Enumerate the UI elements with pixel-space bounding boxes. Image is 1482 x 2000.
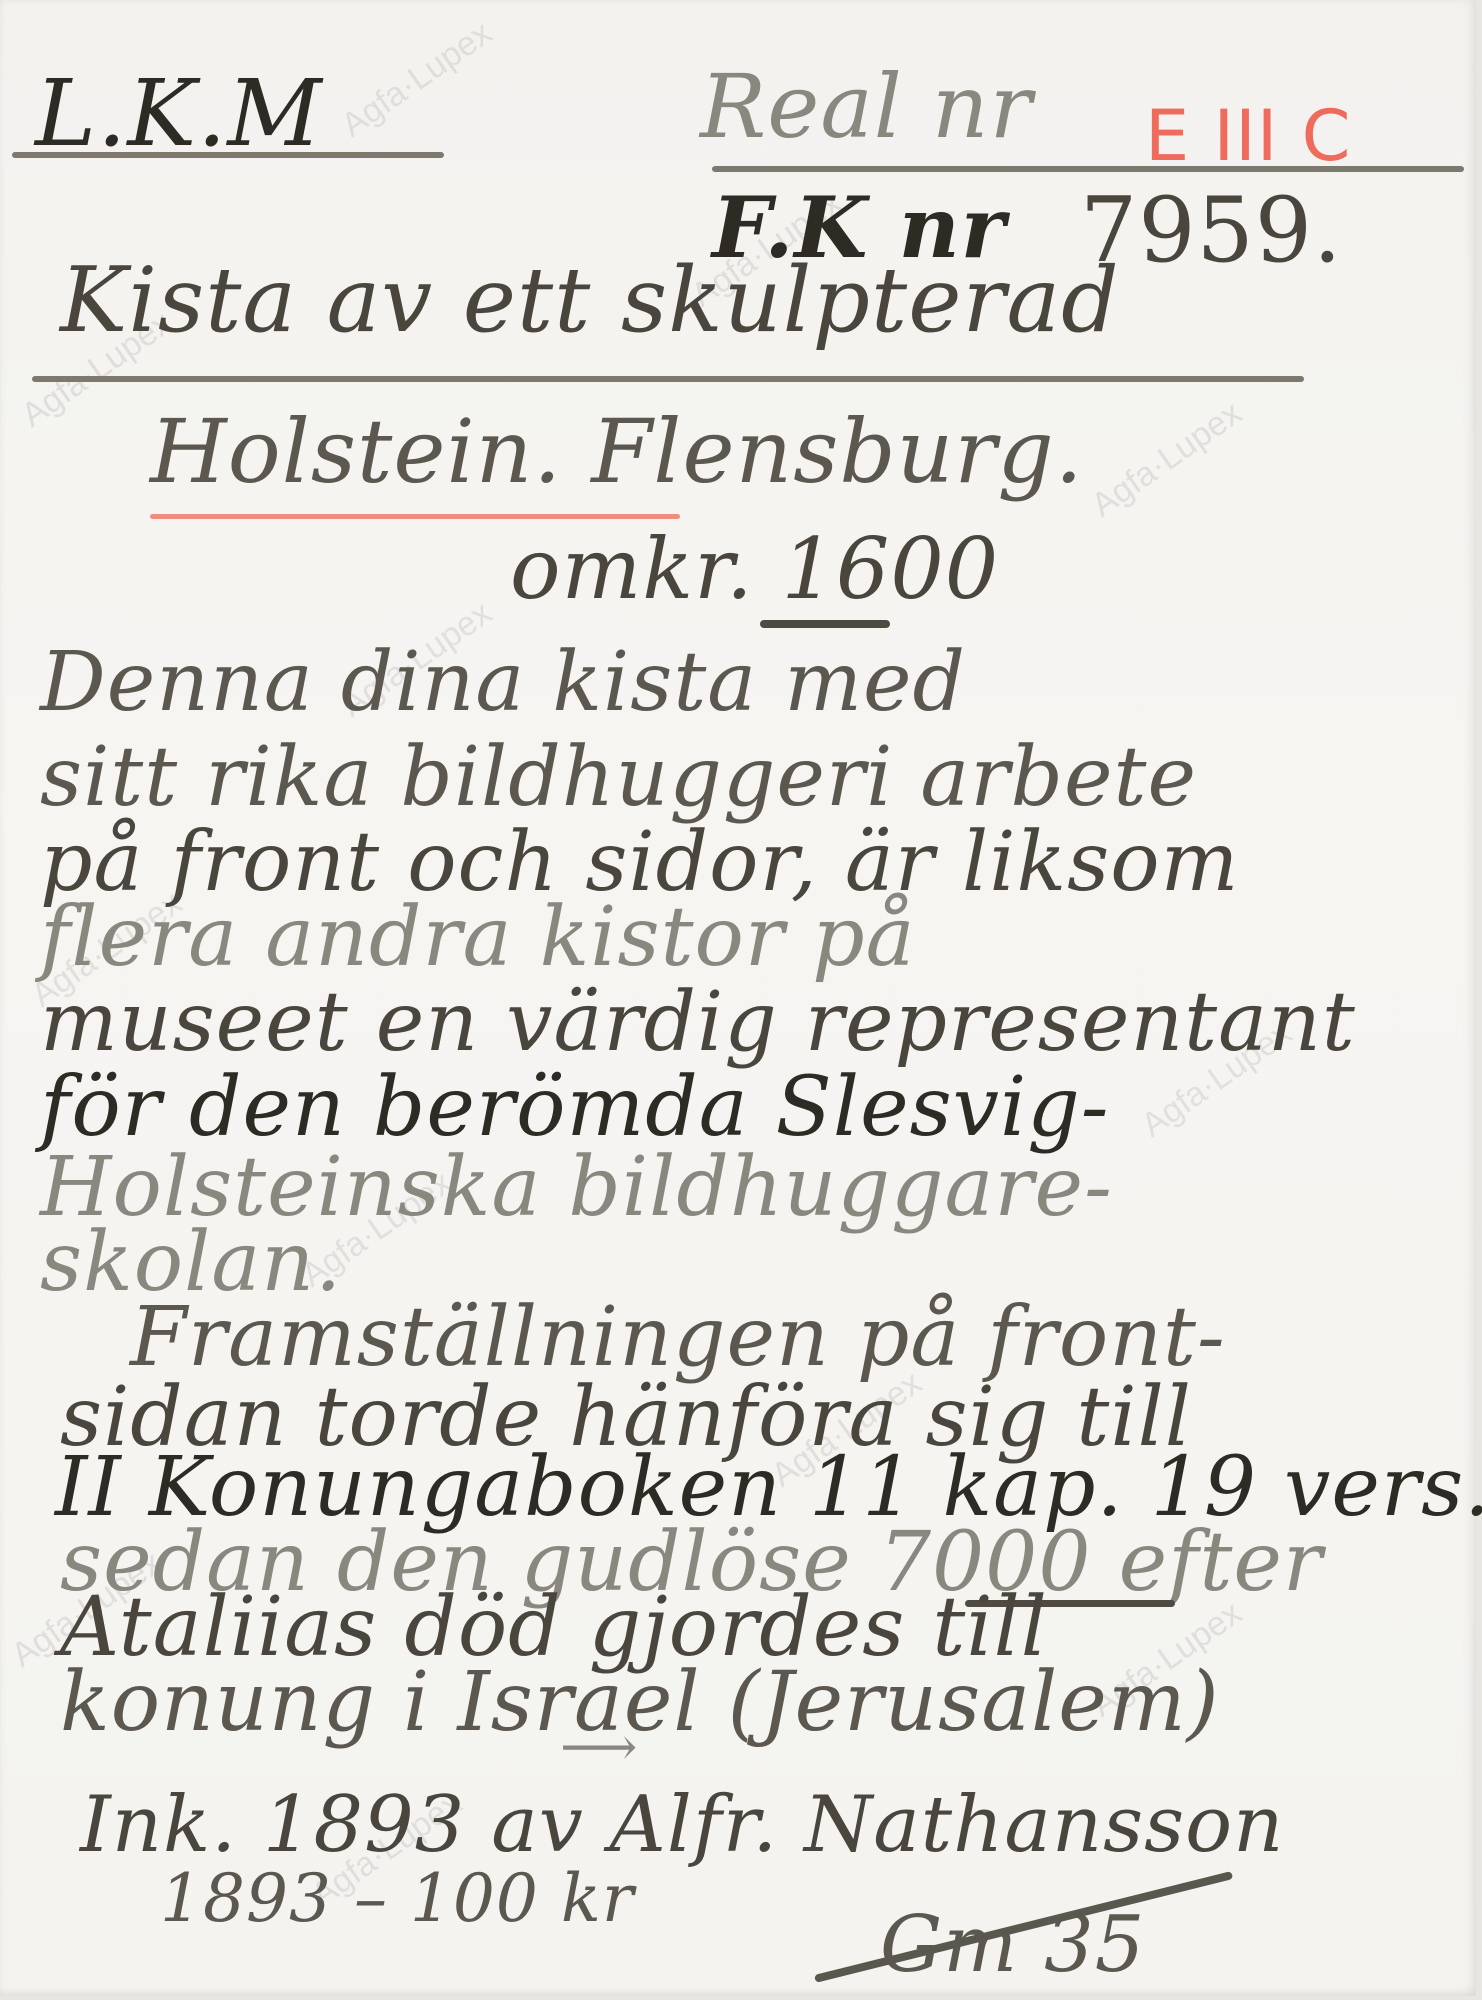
price-note: 1893 – 100 kr	[160, 1860, 634, 1937]
body-line: Denna dina kista med	[40, 635, 966, 730]
body-line: museet en värdig representant	[40, 975, 1356, 1070]
title-line-1: Kista av ett skulpterad	[60, 248, 1120, 353]
catalog-card: Agfa·Lupex Agfa·Lupex Agfa·Lupex Agfa·Lu…	[0, 0, 1476, 1996]
header-rule-right	[712, 166, 1464, 172]
title-line-3: omkr. 1600	[510, 520, 999, 618]
museum-code: L.K.M	[35, 60, 323, 167]
body-line: konung i Israel (Jerusalem)	[60, 1655, 1220, 1750]
body-line: flera andra kistor på	[40, 890, 916, 985]
title-rule	[32, 376, 1304, 382]
header-rule-left	[12, 152, 444, 158]
real-nr-value: E III C	[1145, 95, 1352, 177]
real-nr-label: Real nr	[700, 55, 1033, 158]
title-line-2: Holstein. Flensburg.	[150, 400, 1084, 503]
watermark: Agfa·Lupex	[335, 14, 500, 146]
section-mark: ⟶	[560, 1715, 638, 1778]
date-underline	[760, 620, 890, 628]
body-line: sitt rika bildhuggeri arbete	[40, 730, 1197, 825]
acquisition-note: Ink. 1893 av Alfr. Nathansson	[80, 1780, 1284, 1870]
signature: Gm 35	[880, 1900, 1145, 1990]
red-underline	[150, 514, 680, 519]
watermark: Agfa·Lupex	[1085, 394, 1250, 526]
